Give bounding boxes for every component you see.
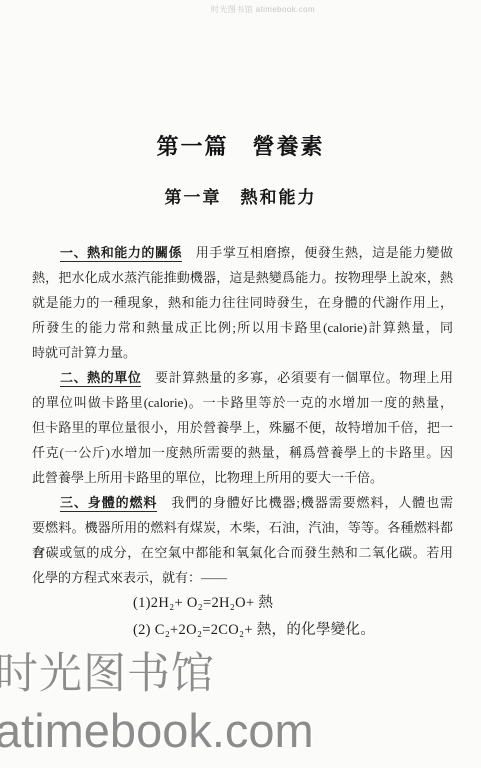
section-heading: 一、熱和能力的關係 [60, 245, 182, 262]
line-text: 要計算熱量的多寡，必須要有一個單位。物理上用 [141, 370, 453, 385]
body-line: 但卡路里的單位量很小，用於營養學上，殊屬不便，故特增加千倍，把一 [32, 415, 453, 440]
body-line: 要燃料。機器所用的燃料有煤炭，木柴，石油，汽油，等等。各種燃料都含 [32, 515, 453, 540]
line-text: 化學的方程式來表示，就有：—— [32, 570, 227, 585]
line-text: 時就可計算力量。 [32, 345, 136, 360]
section-heading: 三、身體的燃料 [60, 495, 157, 512]
body-line: 仟克(一公斤)水增加一度熱所需要的熱量，稱爲營養學上的卡路里。因 [32, 440, 453, 465]
part-title: 第一篇 營養素 [0, 134, 481, 160]
line-text: 的單位叫做卡路里(calorie)。一卡路里等於一克的水增加一度的熱量， [32, 395, 453, 410]
body-line: 一、熱和能力的關係 用手掌互相磨擦，便發生熱，這是能力變做 [32, 240, 453, 265]
body-line: 化學的方程式來表示，就有：—— [32, 565, 453, 590]
line-text: 此營養學上所用卡路里的單位，比物理上所用的要大一千倍。 [32, 470, 383, 485]
watermark-top: 时光图书馆 atimebook.com [211, 4, 315, 15]
line-text: 但卡路里的單位量很小，用於營養學上，殊屬不便，故特增加千倍，把一 [32, 420, 453, 435]
watermark-site-url: atimebook.com [0, 705, 314, 757]
chapter-title: 第一章 熱和能力 [0, 188, 481, 208]
body-line: 所發生的能力常和熱量成正比例;所以用卡路里(calorie)計算熱量，同 [32, 315, 453, 340]
book-page: 时光图书馆 atimebook.com 第一篇 營養素 第一章 熱和能力 一、熱… [0, 0, 481, 768]
line-text: 我們的身體好比機器;機器需要燃料，人體也需 [157, 495, 453, 510]
body-line: 的單位叫做卡路里(calorie)。一卡路里等於一克的水增加一度的熱量， [32, 390, 453, 415]
watermark-site-name: 时光图书馆 [0, 651, 215, 698]
line-text: 熱，把水化成水蒸汽能推動機器，這是熱變爲能力。按物理學上說來，熱 [32, 270, 453, 285]
line-text: 就是能力的一種現象，熱和能力往往同時發生，在身體的代謝作用上， [32, 295, 453, 310]
body-text: 一、熱和能力的關係 用手掌互相磨擦，便發生熱，這是能力變做 熱，把水化成水蒸汽能… [32, 240, 453, 644]
body-line: 就是能力的一種現象，熱和能力往往同時發生，在身體的代謝作用上， [32, 290, 453, 315]
body-line: 熱，把水化成水蒸汽能推動機器，這是熱變爲能力。按物理學上說來，熱 [32, 265, 453, 290]
section-heading: 二、熱的單位 [60, 370, 141, 387]
line-text: 仟克(一公斤)水增加一度熱所需要的熱量，稱爲營養學上的卡路里。因 [32, 445, 453, 460]
body-line: 有碳或氫的成分，在空氣中都能和氧氣化合而發生熱和二氧化碳。若用 [32, 540, 453, 565]
line-text: 用手掌互相磨擦，便發生熱，這是能力變做 [182, 245, 453, 260]
line-text: 所發生的能力常和熱量成正比例;所以用卡路里(calorie)計算熱量，同 [32, 320, 453, 335]
line-text: 有碳或氫的成分，在空氣中都能和氧氣化合而發生熱和二氧化碳。若用 [32, 545, 453, 560]
body-line: 時就可計算力量。 [32, 340, 453, 365]
body-line: 此營養學上所用卡路里的單位，比物理上所用的要大一千倍。 [32, 465, 453, 490]
equation-line: (2) C₂+2O₂=2CO₂+ 熱，的化學變化。 [32, 617, 453, 644]
body-line: 三、身體的燃料 我們的身體好比機器;機器需要燃料，人體也需 [32, 490, 453, 515]
body-line: 二、熱的單位 要計算熱量的多寡，必須要有一個單位。物理上用 [32, 365, 453, 390]
equation-line: (1)2H₂+ O₂=2H₂O+ 熱 [32, 590, 453, 617]
